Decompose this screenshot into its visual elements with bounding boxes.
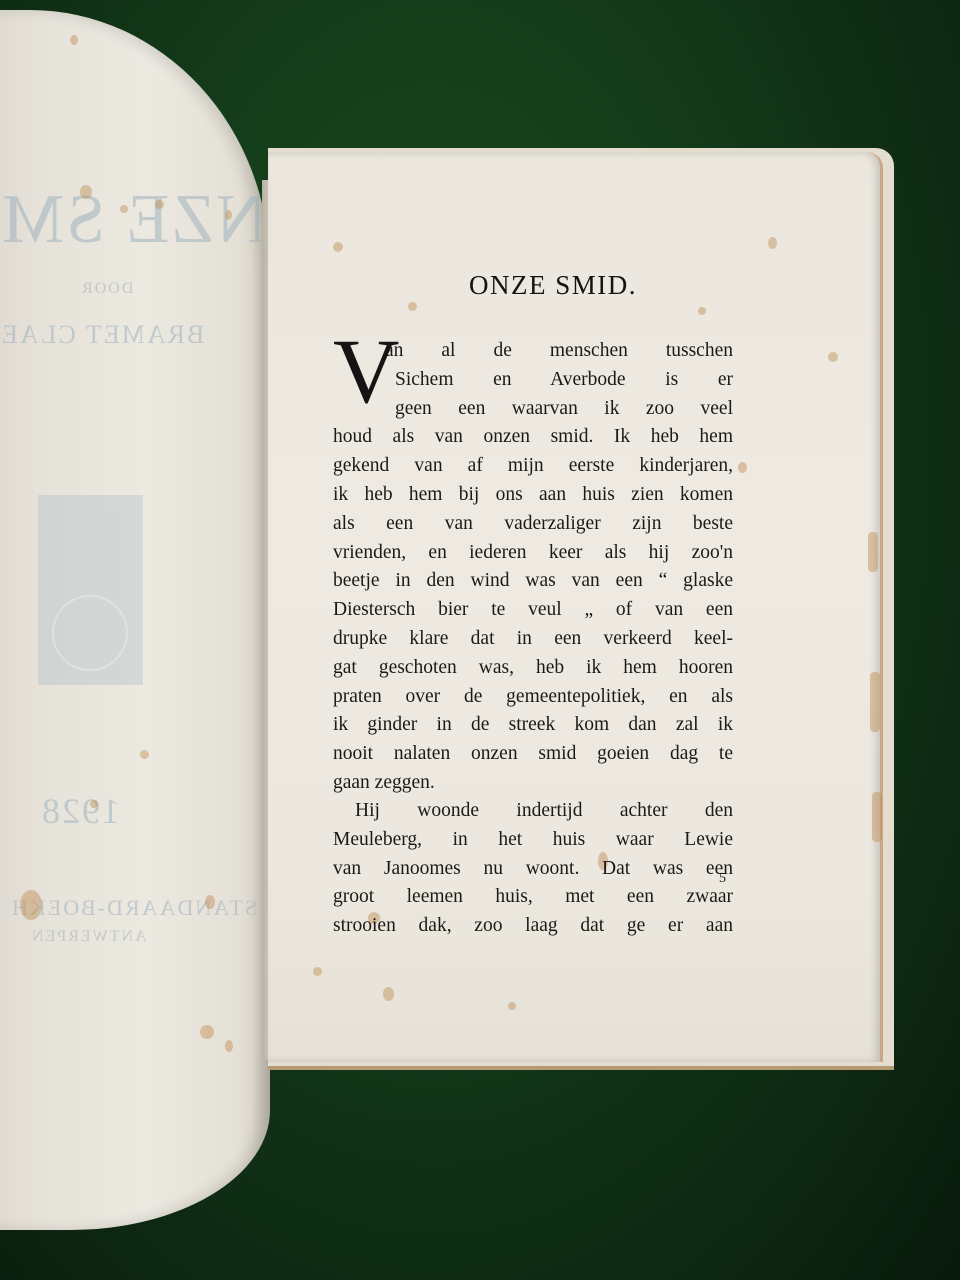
text-line: ik heb hem bij ons aan huis zien komen — [333, 481, 733, 510]
photo-scene: ONZE SM DOOR BRAMET CLAE 1928 STANDAARD-… — [0, 0, 960, 1280]
text-line: houd als van onzen smid. Ik heb hem — [333, 423, 733, 452]
text-line: nooit nalaten onzen smid goeien dag te — [333, 740, 733, 769]
drop-cap: V — [333, 325, 399, 417]
text-line: Hij woonde indertijd achter den — [333, 797, 733, 826]
text-line: gat geschoten was, heb ik hem hooren — [333, 654, 733, 683]
text-line: Meuleberg, in het huis waar Lewie — [333, 826, 733, 855]
text-line: strooien dak, zoo laag dat ge er aan — [333, 912, 733, 941]
text-line: gaan zeggen. — [333, 769, 733, 798]
text-line: vrienden, en iederen keer als hij zoo'n — [333, 539, 733, 568]
text-line: beetje in den wind was van een “ glaske — [333, 567, 733, 596]
text-line: drupke klare dat in een verkeerd keel- — [333, 625, 733, 654]
text-line: ik ginder in de streek kom dan zal ik — [333, 711, 733, 740]
chapter-title: ONZE SMID. — [363, 270, 743, 301]
bleed-through-city: ANTWERPEN — [30, 928, 147, 946]
bleed-through-author: BRAMET CLAE — [0, 320, 204, 350]
bleed-through-emblem-icon — [38, 495, 143, 685]
bleed-through-year: 1928 — [40, 790, 120, 832]
paragraph-2: Hij woonde indertijd achter den Meuleber… — [333, 797, 733, 941]
text-line: Diestersch bier te veul „ of van een — [333, 596, 733, 625]
bleed-through-title: ONZE SM — [0, 180, 270, 260]
text-line: gekend van af mijn eerste kinderjaren, — [333, 452, 733, 481]
text-line: groot leemen huis, met een zwaar — [333, 883, 733, 912]
text-line: praten over de gemeentepolitiek, en als — [333, 683, 733, 712]
left-page: ONZE SM DOOR BRAMET CLAE 1928 STANDAARD-… — [0, 10, 270, 1230]
page-number: 5 — [719, 871, 726, 887]
bleed-through-door: DOOR — [80, 280, 133, 298]
bleed-through-publisher: STANDAARD-BOEKH — [10, 895, 257, 921]
text-line: als een van vaderzaliger zijn beste — [333, 510, 733, 539]
paragraph-1: V an al de menschen tusschen Sichem en A… — [333, 337, 733, 798]
text-line: van Janoomes nu woont. Dat was een — [333, 855, 733, 884]
